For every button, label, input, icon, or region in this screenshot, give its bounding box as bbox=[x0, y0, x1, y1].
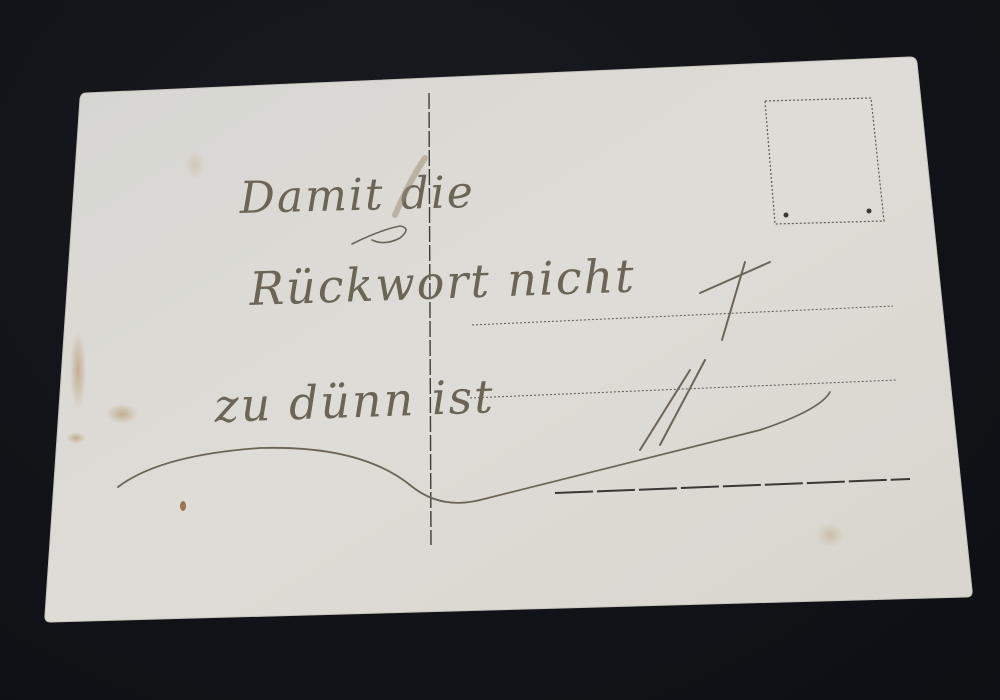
stamp-hole-left bbox=[784, 213, 789, 218]
stamp-hole-right bbox=[867, 209, 872, 214]
handwriting-line-3: zu dünn ist bbox=[212, 369, 495, 433]
postcard: Damit die Rückwort nicht zu dünn ist bbox=[45, 57, 972, 622]
photo-scene: Damit die Rückwort nicht zu dünn ist bbox=[0, 0, 1000, 700]
handwriting-line-1: Damit die bbox=[238, 167, 476, 224]
